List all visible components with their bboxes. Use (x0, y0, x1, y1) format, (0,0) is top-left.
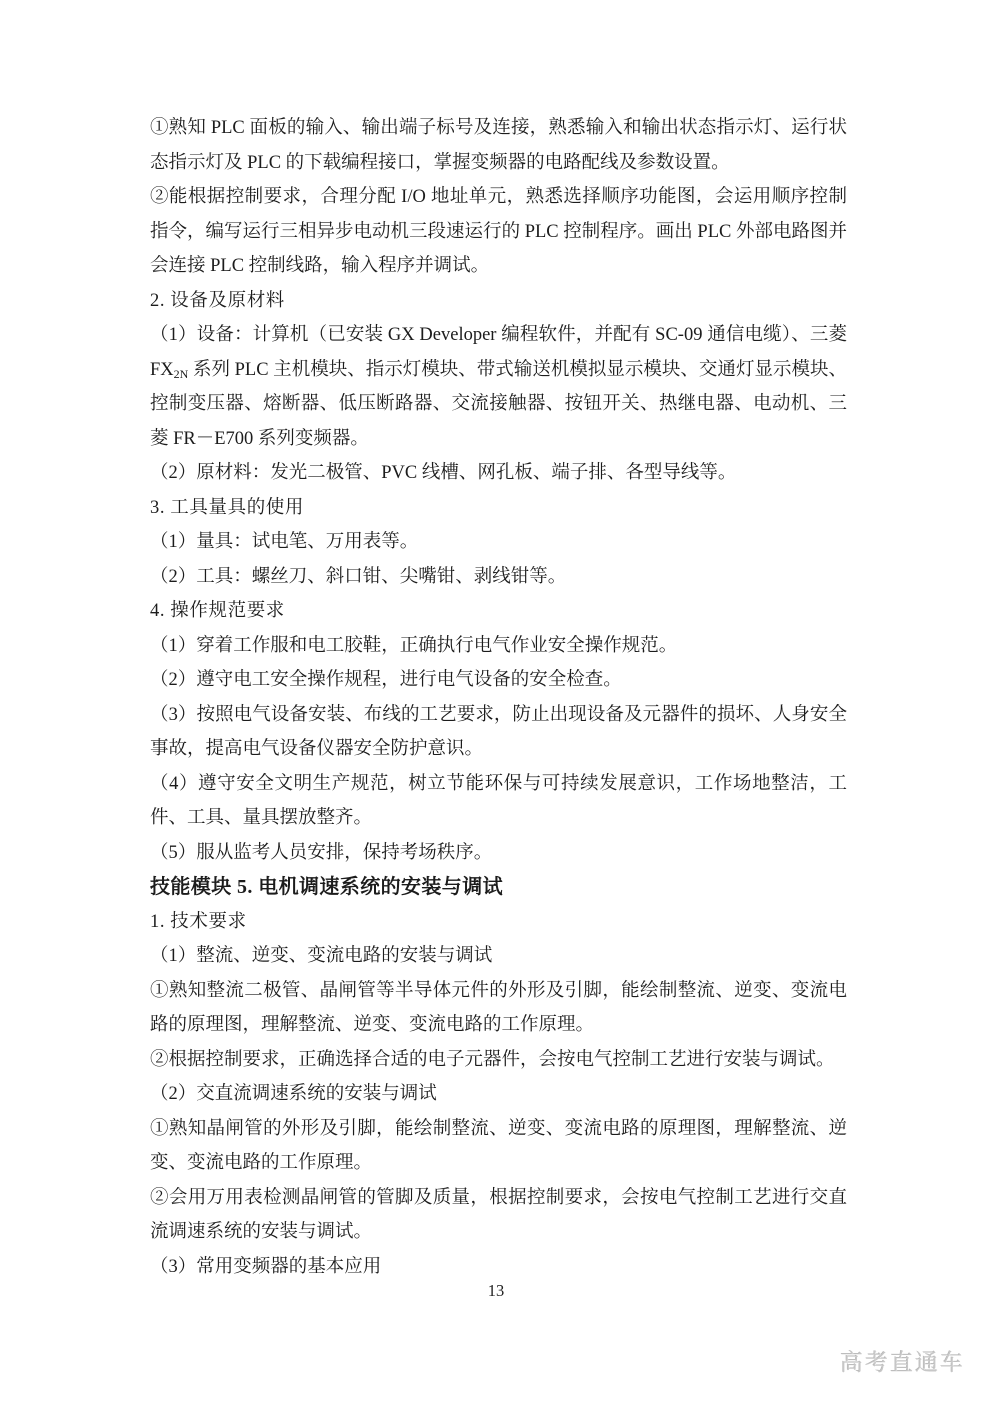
text-run: 1. 技术要求 (150, 912, 247, 932)
text-run: （2）交直流调速系统的安装与调试 (150, 1084, 437, 1104)
text-run: （4）遵守安全文明生产规范，树立节能环保与可持续发展意识，工作场地整洁，工件、工… (150, 774, 847, 829)
text-run: 3. 工具量具的使用 (150, 498, 304, 518)
text-run: 2. 设备及原材料 (150, 291, 285, 311)
document-body: ①熟知 PLC 面板的输入、输出端子标号及连接，熟悉输入和输出状态指示灯、运行状… (150, 111, 847, 1284)
paragraph: （5）服从监考人员安排，保持考场秩序。 (150, 836, 847, 871)
paragraph: ①熟知 PLC 面板的输入、输出端子标号及连接，熟悉输入和输出状态指示灯、运行状… (150, 111, 847, 180)
subscript-text: 2N (174, 367, 189, 381)
paragraph: （1）设备：计算机（已安装 GX Developer 编程软件，并配有 SC-0… (150, 318, 847, 456)
text-run: （3）按照电气设备安装、布线的工艺要求，防止出现设备及元器件的损坏、人身安全事故… (150, 705, 847, 760)
paragraph: 4. 操作规范要求 (150, 594, 847, 629)
paragraph: （3）按照电气设备安装、布线的工艺要求，防止出现设备及元器件的损坏、人身安全事故… (150, 698, 847, 767)
document-page: { "page": { "number": "13", "watermark":… (0, 0, 992, 1403)
paragraph: ①熟知整流二极管、晶闸管等半导体元件的外形及引脚，能绘制整流、逆变、变流电路的原… (150, 974, 847, 1043)
text-run: ②会用万用表检测晶闸管的管脚及质量，根据控制要求，会按电气控制工艺进行交直流调速… (150, 1188, 847, 1243)
text-run: ①熟知整流二极管、晶闸管等半导体元件的外形及引脚，能绘制整流、逆变、变流电路的原… (150, 981, 847, 1036)
page-number: 13 (0, 1281, 992, 1301)
paragraph: （2）遵守电工安全操作规程，进行电气设备的安全检查。 (150, 663, 847, 698)
paragraph: （2）交直流调速系统的安装与调试 (150, 1077, 847, 1112)
text-run: （1）穿着工作服和电工胶鞋，正确执行电气作业安全操作规范。 (150, 636, 677, 656)
paragraph: 1. 技术要求 (150, 905, 847, 940)
paragraph: 2. 设备及原材料 (150, 284, 847, 319)
text-run: ②根据控制要求，正确选择合适的电子元器件，会按电气控制工艺进行安装与调试。 (150, 1050, 835, 1070)
paragraph: ②根据控制要求，正确选择合适的电子元器件，会按电气控制工艺进行安装与调试。 (150, 1043, 847, 1078)
text-run: （5）服从监考人员安排，保持考场秩序。 (150, 843, 492, 863)
paragraph: （3）常用变频器的基本应用 (150, 1250, 847, 1285)
section-heading: 技能模块 5. 电机调速系统的安装与调试 (150, 870, 847, 905)
paragraph: （1）量具：试电笔、万用表等。 (150, 525, 847, 560)
paragraph: ②能根据控制要求，合理分配 I/O 地址单元，熟悉选择顺序功能图，会运用顺序控制… (150, 180, 847, 284)
text-run: （2）遵守电工安全操作规程，进行电气设备的安全检查。 (150, 670, 622, 690)
text-run: （2）工具：螺丝刀、斜口钳、尖嘴钳、剥线钳等。 (150, 567, 566, 587)
paragraph: （4）遵守安全文明生产规范，树立节能环保与可持续发展意识，工作场地整洁，工件、工… (150, 767, 847, 836)
paragraph: （2）工具：螺丝刀、斜口钳、尖嘴钳、剥线钳等。 (150, 560, 847, 595)
text-run: 系列 PLC 主机模块、指示灯模块、带式输送机模拟显示模块、交通灯显示模块、控制… (150, 360, 847, 449)
text-run: 4. 操作规范要求 (150, 601, 285, 621)
text-run: ②能根据控制要求，合理分配 I/O 地址单元，熟悉选择顺序功能图，会运用顺序控制… (150, 187, 847, 276)
text-run: ①熟知晶闸管的外形及引脚，能绘制整流、逆变、变流电路的原理图，理解整流、逆变、变… (150, 1119, 847, 1174)
text-run: （2）原材料：发光二极管、PVC 线槽、网孔板、端子排、各型导线等。 (150, 463, 736, 483)
text-run: （3）常用变频器的基本应用 (150, 1257, 381, 1277)
watermark: 高考直通车 (840, 1344, 965, 1377)
text-run: ①熟知 PLC 面板的输入、输出端子标号及连接，熟悉输入和输出状态指示灯、运行状… (150, 118, 847, 173)
paragraph: ②会用万用表检测晶闸管的管脚及质量，根据控制要求，会按电气控制工艺进行交直流调速… (150, 1181, 847, 1250)
text-run: （1）量具：试电笔、万用表等。 (150, 532, 418, 552)
text-run: （1）整流、逆变、变流电路的安装与调试 (150, 946, 492, 966)
paragraph: （2）原材料：发光二极管、PVC 线槽、网孔板、端子排、各型导线等。 (150, 456, 847, 491)
paragraph: 3. 工具量具的使用 (150, 491, 847, 526)
paragraph: ①熟知晶闸管的外形及引脚，能绘制整流、逆变、变流电路的原理图，理解整流、逆变、变… (150, 1112, 847, 1181)
paragraph: （1）穿着工作服和电工胶鞋，正确执行电气作业安全操作规范。 (150, 629, 847, 664)
paragraph: （1）整流、逆变、变流电路的安装与调试 (150, 939, 847, 974)
text-run: 技能模块 5. 电机调速系统的安装与调试 (150, 876, 503, 898)
